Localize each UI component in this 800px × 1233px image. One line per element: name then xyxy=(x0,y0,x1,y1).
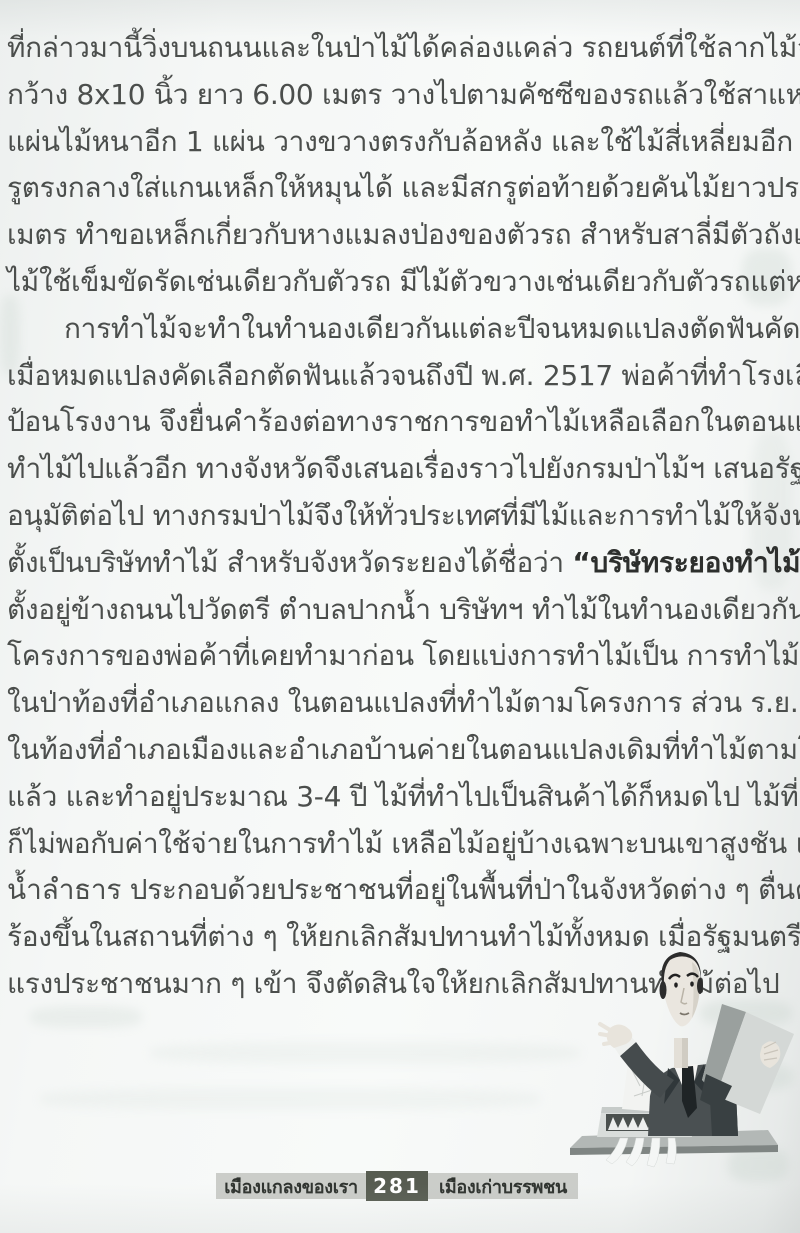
document-folder xyxy=(700,1004,794,1114)
scanned-book-page: ที่กล่าวมานี้วิ่งบนถนนและในป่าไม้ได้คล่อ… xyxy=(0,0,800,1233)
page-number-badge: 281 xyxy=(366,1171,428,1201)
bleedthrough-smudge xyxy=(40,1088,540,1110)
text-line: ที่กล่าวมานี้วิ่งบนถนนและในป่าไม้ได้คล่อ… xyxy=(7,25,793,72)
text-line: ในป่าท้องที่อำเภอแกลง ในตอนแปลงที่ทำไม้ต… xyxy=(7,680,793,727)
text-line: เมตร ทำขอเหล็กเกี่ยวกับหางแมลงป่องของตัว… xyxy=(7,212,793,259)
footer-bar: เมืองแกลงของเรา 281 เมืองเก่าบรรพชน xyxy=(216,1173,578,1199)
text-line: ตั้งอยู่ข้างถนนไปวัดตรี ตำบลปากน้ำ บริษั… xyxy=(7,587,793,634)
company-name-bold: “บริษัทระยองทำไม้” xyxy=(572,546,800,579)
text-line: ก็ไม่พอกับค่าใช้จ่ายในการทำไม้ เหลือไม้อ… xyxy=(7,821,793,868)
text-line: ป้อนโรงงาน จึงยื่นคำร้องต่อทางราชการขอทำ… xyxy=(7,399,793,446)
bleedthrough-smudge xyxy=(150,1042,580,1064)
text-line: แล้ว และทำอยู่ประมาณ 3-4 ปี ไม้ที่ทำไปเป… xyxy=(7,774,793,821)
text-line: ในท้องที่อำเภอเมืองและอำเภอบ้านค่ายในตอน… xyxy=(7,727,793,774)
text-line: น้ำลำธาร ประกอบด้วยประชาชนที่อยู่ในพื้นท… xyxy=(7,867,793,914)
text-line: เมื่อหมดแปลงคัดเลือกตัดฟันแล้วจนถึงปี พ.… xyxy=(7,353,793,400)
text-segment: ตั้งเป็นบริษัททำไม้ สำหรับจังหวัดระยองได… xyxy=(7,546,572,579)
man-shredding-documents-illustration xyxy=(556,946,800,1171)
text-line: อนุมัติต่อไป ทางกรมป่าไม้จึงให้ทั่วประเท… xyxy=(7,493,793,540)
text-line: ทำไม้ไปแล้วอีก ทางจังหวัดจึงเสนอเรื่องรา… xyxy=(7,446,793,493)
text-line: โครงการของพ่อค้าที่เคยทำมาก่อน โดยแบ่งกา… xyxy=(7,633,793,680)
text-line paragraph-start: การทำไม้จะทำในทำนองเดียวกันแต่ละปีจนหมดแ… xyxy=(7,306,793,353)
bleedthrough-smudge xyxy=(30,1006,142,1028)
text-line: ตั้งเป็นบริษัททำไม้ สำหรับจังหวัดระยองได… xyxy=(7,540,793,587)
text-line: รูตรงกลางใส่แกนเหล็กให้หมุนได้ และมีสกรู… xyxy=(7,165,793,212)
body-text: ที่กล่าวมานี้วิ่งบนถนนและในป่าไม้ได้คล่อ… xyxy=(7,25,793,1008)
man-head xyxy=(660,952,704,1068)
text-line: ไม้ใช้เข็มขัดรัดเช่นเดียวกับตัวรถ มีไม้ต… xyxy=(7,259,793,306)
text-line: แผ่นไม้หนาอีก 1 แผ่น วางขวางตรงกับล้อหลั… xyxy=(7,119,793,166)
footer-right-label: เมืองเก่าบรรพชน xyxy=(428,1173,578,1199)
footer-left-label: เมืองแกลงของเรา xyxy=(216,1173,366,1199)
text-line: กว้าง 8x10 นิ้ว ยาว 6.00 เมตร วางไปตามคั… xyxy=(7,72,793,119)
